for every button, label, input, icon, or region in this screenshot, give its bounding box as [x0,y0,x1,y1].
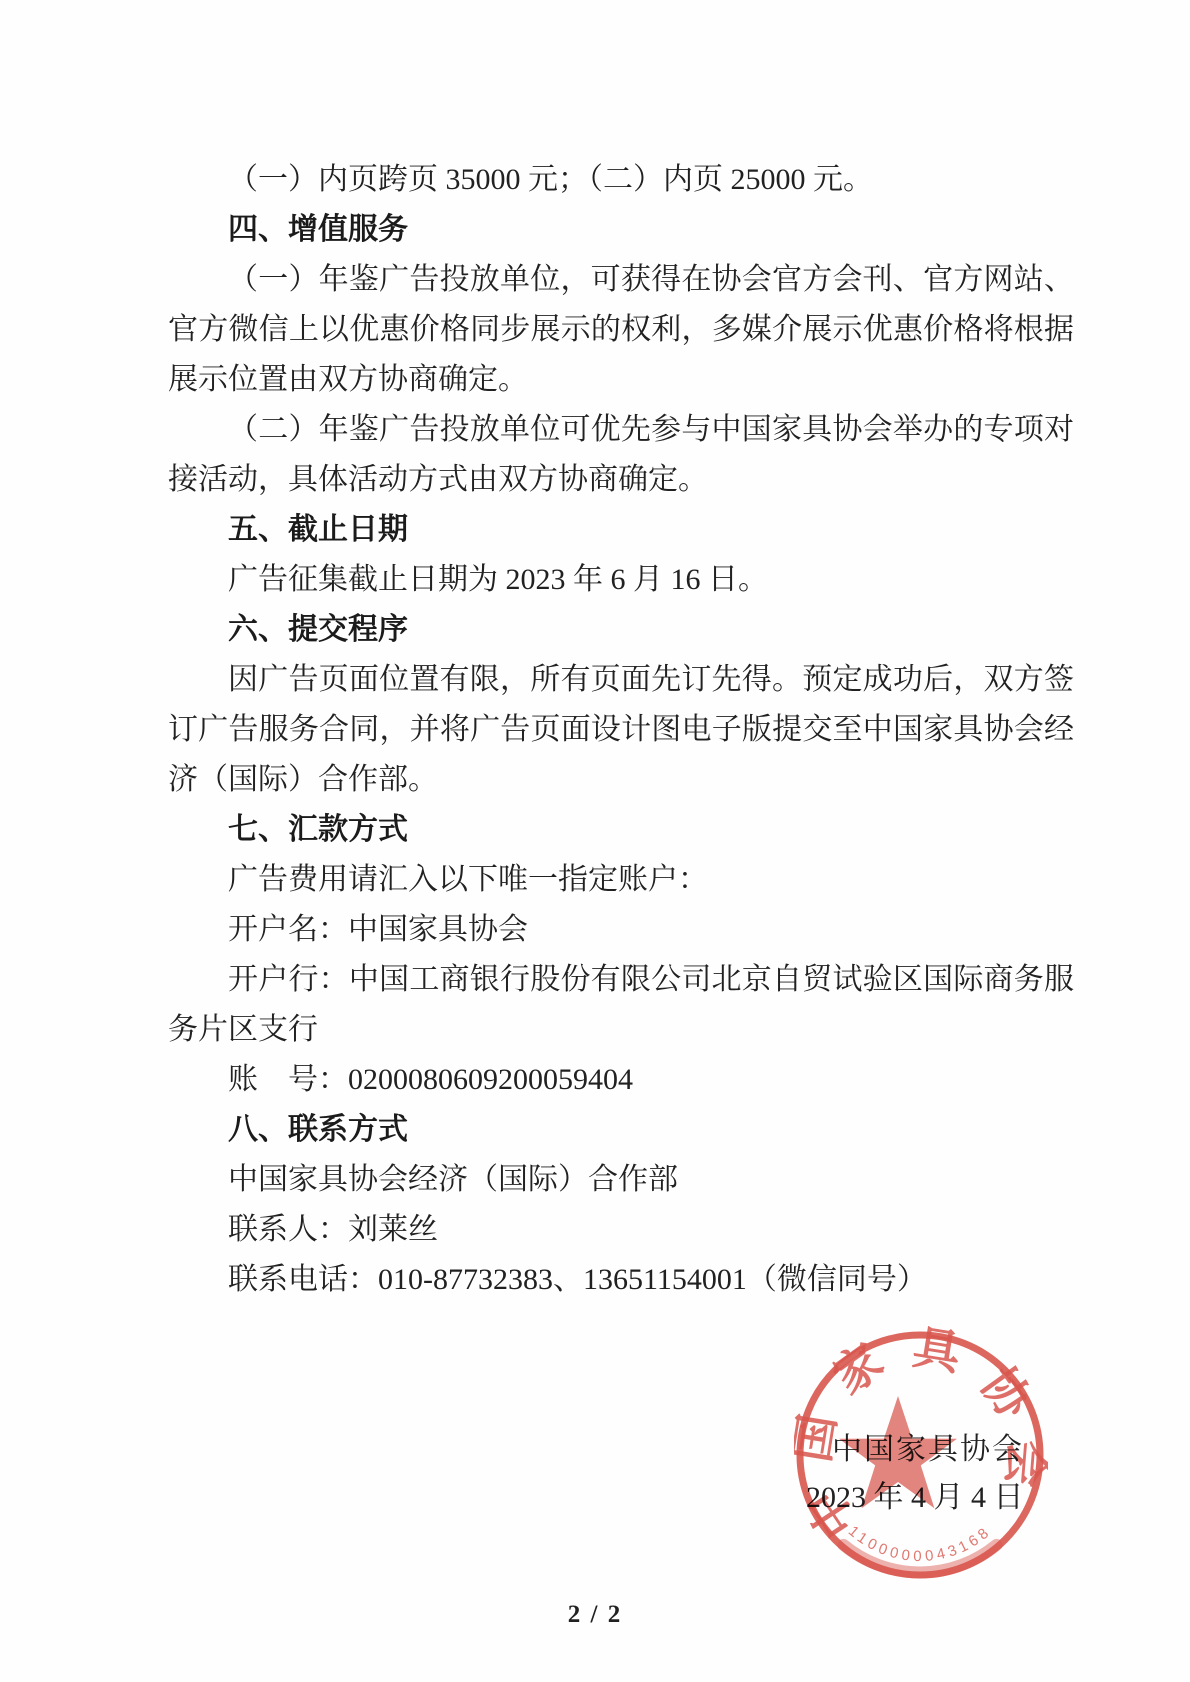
svg-text:具: 具 [909,1326,966,1381]
paragraph: 因广告页面位置有限，所有页面先订先得。预定成功后，双方签订广告服务合同，并将广告… [168,655,1074,805]
stamp-star-icon [839,1396,957,1508]
paragraph: （一）内页跨页 35000 元；（二）内页 25000 元。 [168,155,1074,205]
paragraph: 联系人：刘莱丝 [168,1205,1074,1255]
stamp-char: 具 [909,1326,966,1381]
official-seal-stamp: 中 国 家 具 协 会 1100000043168 [794,1326,1048,1584]
svg-text:家: 家 [824,1335,893,1405]
svg-text:会: 会 [997,1438,1048,1489]
svg-text:协: 协 [970,1359,1041,1429]
paragraph: 开户名：中国家具协会 [168,905,1074,955]
svg-text:国: 国 [794,1411,846,1466]
paragraph: （一）年鉴广告投放单位，可获得在协会官方会刊、官方网站、官方微信上以优惠价格同步… [168,255,1074,405]
paragraph: 八、联系方式 [168,1105,1074,1155]
document-page: （一）内页跨页 35000 元；（二）内页 25000 元。四、增值服务（一）年… [0,0,1190,1682]
stamp-org-text: 中 国 家 具 协 会 [794,1326,1048,1547]
paragraph: 七、汇款方式 [168,805,1074,855]
stamp-char: 协 [970,1359,1041,1429]
paragraph: 广告征集截止日期为 2023 年 6 月 16 日。 [168,555,1074,605]
paragraph: 开户行：中国工商银行股份有限公司北京自贸试验区国际商务服务片区支行 [168,955,1074,1055]
stamp-char: 家 [824,1335,893,1405]
paragraph: 联系电话：010-87732383、13651154001（微信同号） [168,1255,1074,1305]
paragraph: （二）年鉴广告投放单位可优先参与中国家具协会举办的专项对接活动，具体活动方式由双… [168,405,1074,505]
paragraph: 六、提交程序 [168,605,1074,655]
paragraph: 中国家具协会经济（国际）合作部 [168,1155,1074,1205]
page-number: 2 / 2 [0,1601,1190,1629]
paragraph: 账 号：0200080609200059404 [168,1055,1074,1105]
document-body: （一）内页跨页 35000 元；（二）内页 25000 元。四、增值服务（一）年… [168,155,1074,1305]
stamp-char: 国 [794,1411,846,1466]
paragraph: 四、增值服务 [168,205,1074,255]
paragraph: 广告费用请汇入以下唯一指定账户： [168,855,1074,905]
stamp-char: 会 [997,1438,1048,1489]
paragraph: 五、截止日期 [168,505,1074,555]
